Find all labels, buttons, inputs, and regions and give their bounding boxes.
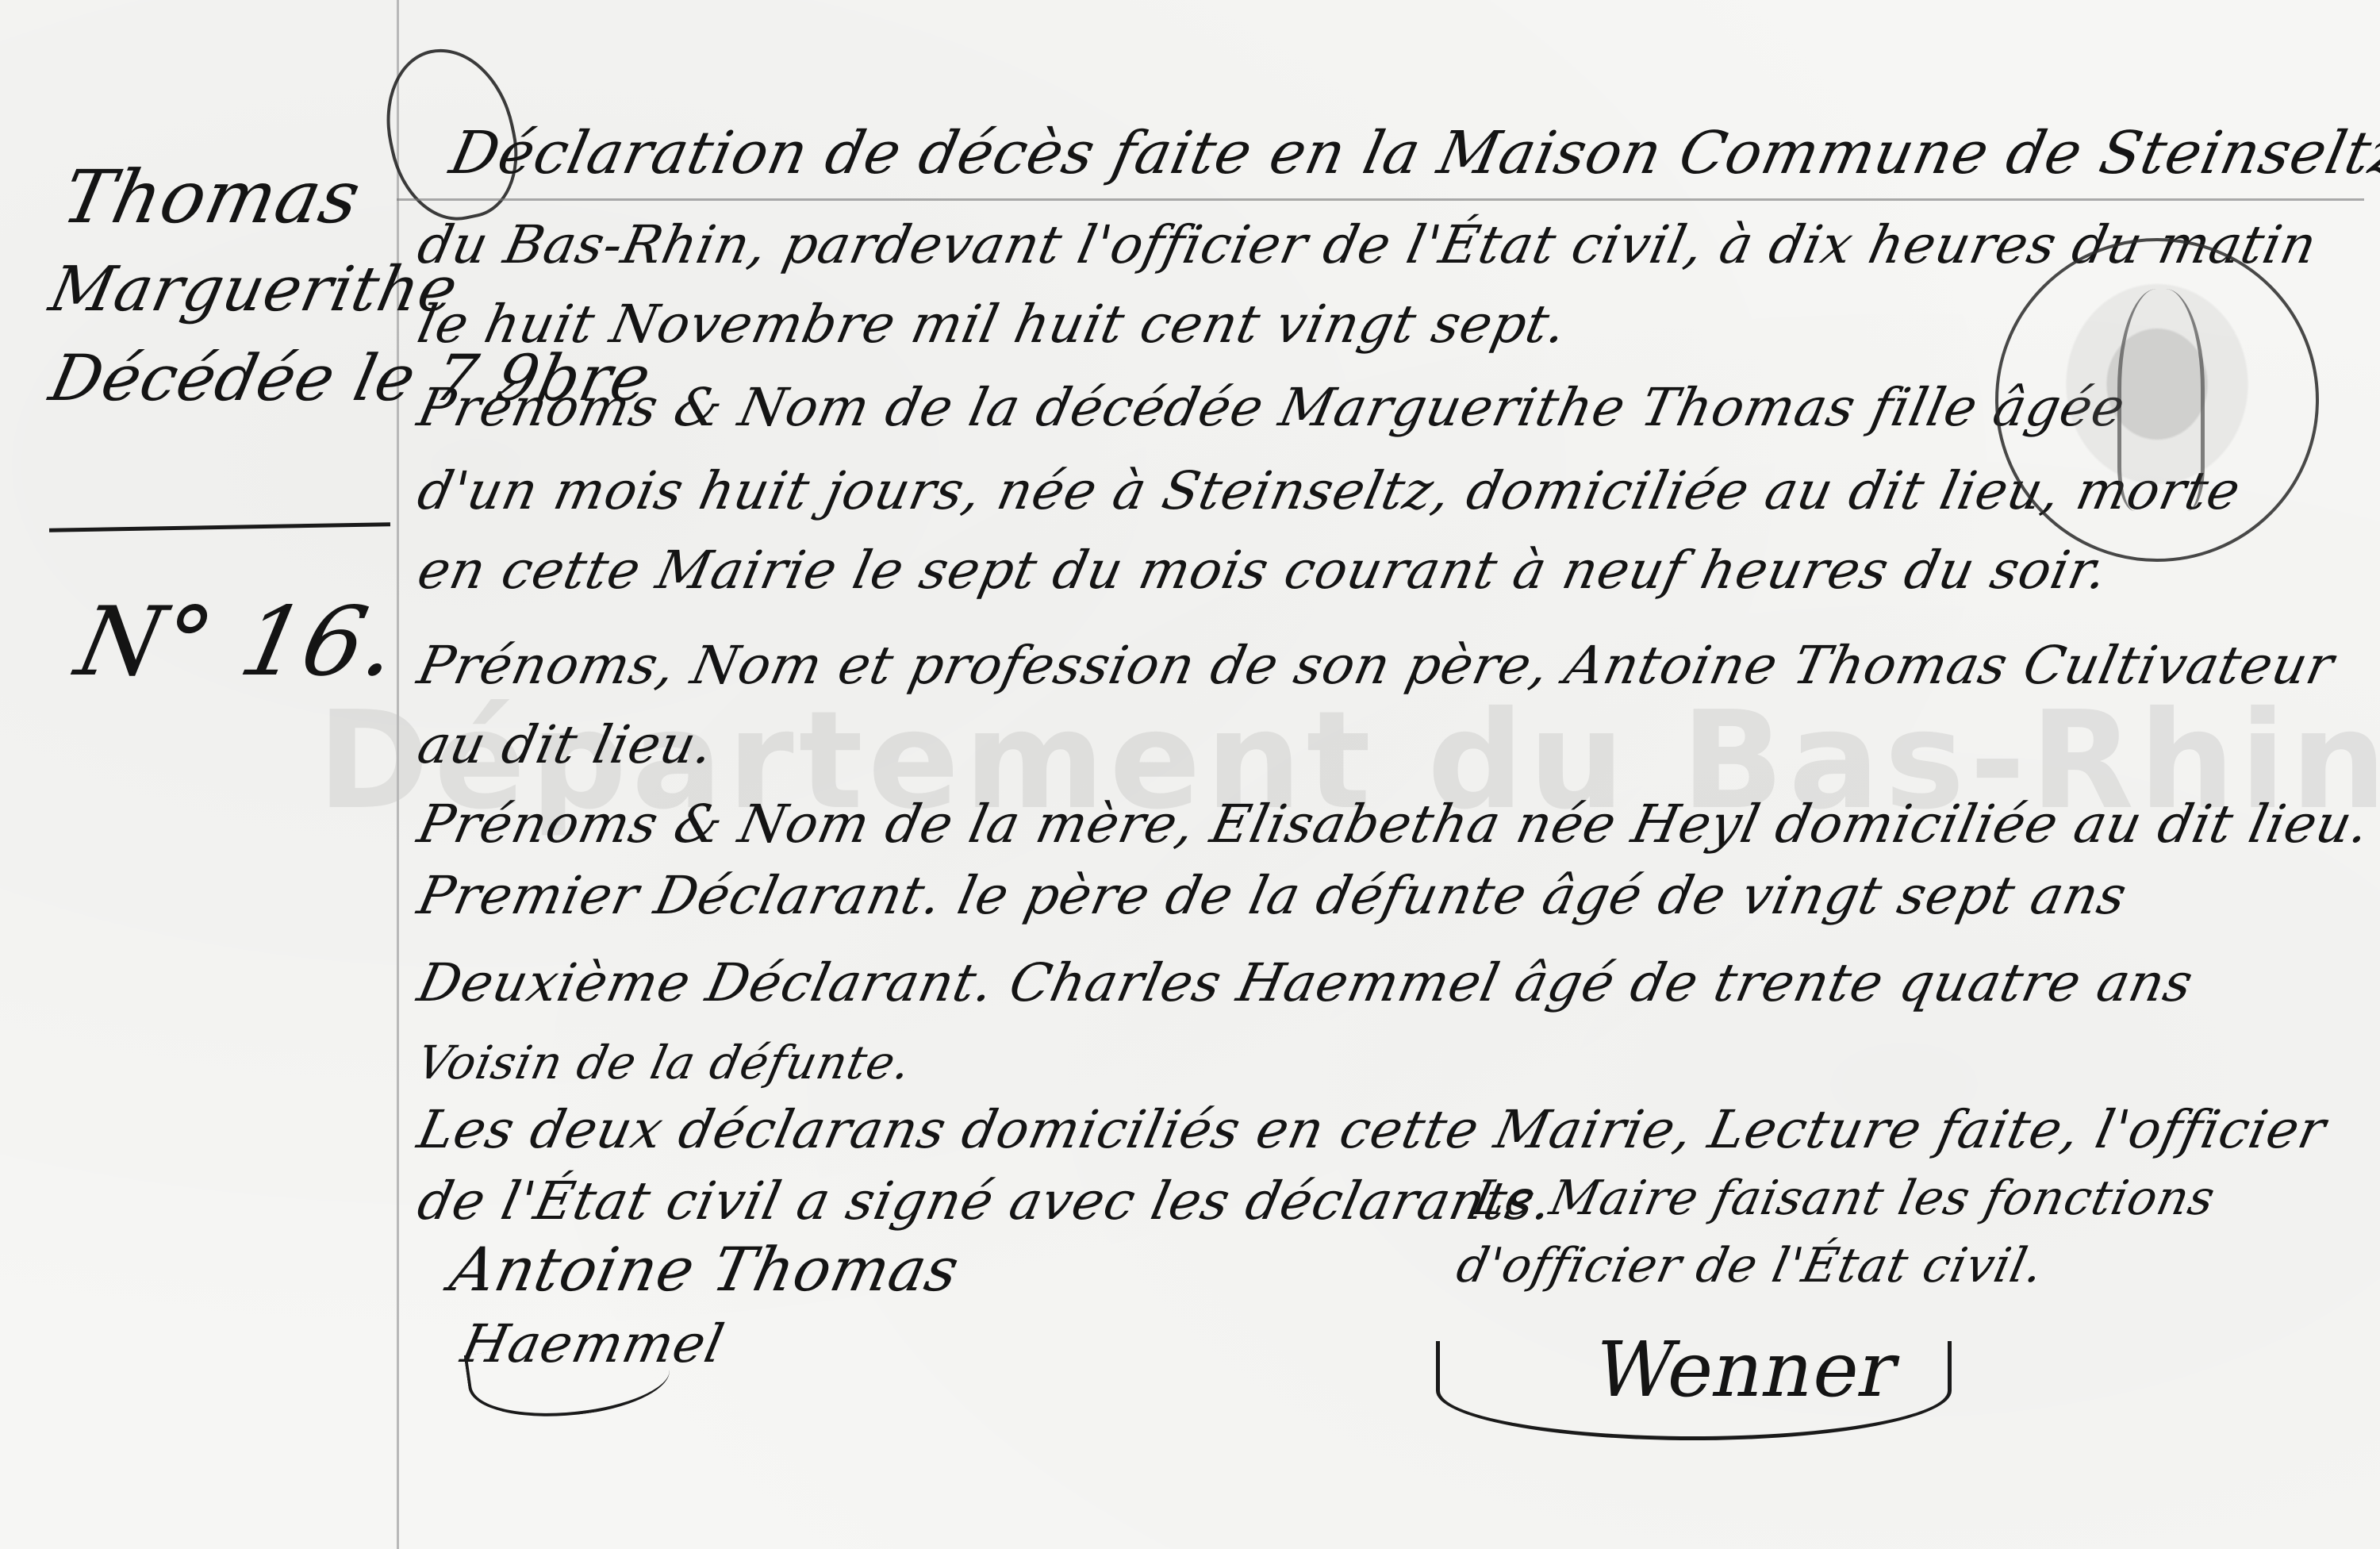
margin-surname: Thomas (56, 155, 368, 240)
officer-title-line-1: Le Maire faisant les fonctions (1468, 1170, 2221, 1226)
record-line-12: Voisin de la défunte. (413, 1036, 916, 1090)
officer-title-line-2: d'officier de l'État civil. (1452, 1238, 2048, 1293)
margin-rule (397, 0, 399, 1549)
record-line-3: le huit Novembre mil huit cent vingt sep… (413, 294, 1572, 355)
mairie-seal (1995, 238, 2319, 562)
record-line-10: Premier Déclarant. le père de la défunte… (413, 865, 2132, 926)
header-underline (397, 198, 2364, 201)
record-line-6: en cette Mairie le sept du mois courant … (413, 540, 2113, 601)
record-line-1: Déclaration de décès faite en la Maison … (444, 119, 2380, 187)
record-line-9: Prénoms & Nom de la mère, Elisabetha née… (413, 794, 2375, 855)
signature-declarant-1: Antoine Thomas (444, 1234, 965, 1305)
signature-flourish-right (1436, 1341, 1952, 1440)
record-line-4: Prénoms & Nom de la décédée Marguerithe … (413, 377, 2131, 438)
record-line-2: du Bas-Rhin, pardevant l'officier de l'É… (413, 214, 2322, 275)
margin-given-name: Marguerithe (44, 254, 464, 325)
entry-number: N° 16. (67, 587, 409, 698)
record-line-14: de l'État civil a signé avec les déclara… (413, 1170, 1558, 1232)
document-page: Département du Bas-Rhin Thomas Marguerit… (0, 0, 2380, 1549)
record-line-5: d'un mois huit jours, née à Steinseltz, … (413, 460, 2246, 521)
margin-divider (49, 522, 390, 532)
record-line-11: Deuxième Déclarant. Charles Haemmel âgé … (413, 952, 2198, 1013)
record-line-8: au dit lieu. (413, 714, 720, 775)
seal-figure-icon (2117, 289, 2205, 511)
record-line-13: Les deux déclarans domiciliés en cette M… (413, 1099, 2332, 1160)
record-line-7: Prénoms, Nom et profession de son père, … (413, 635, 2340, 696)
